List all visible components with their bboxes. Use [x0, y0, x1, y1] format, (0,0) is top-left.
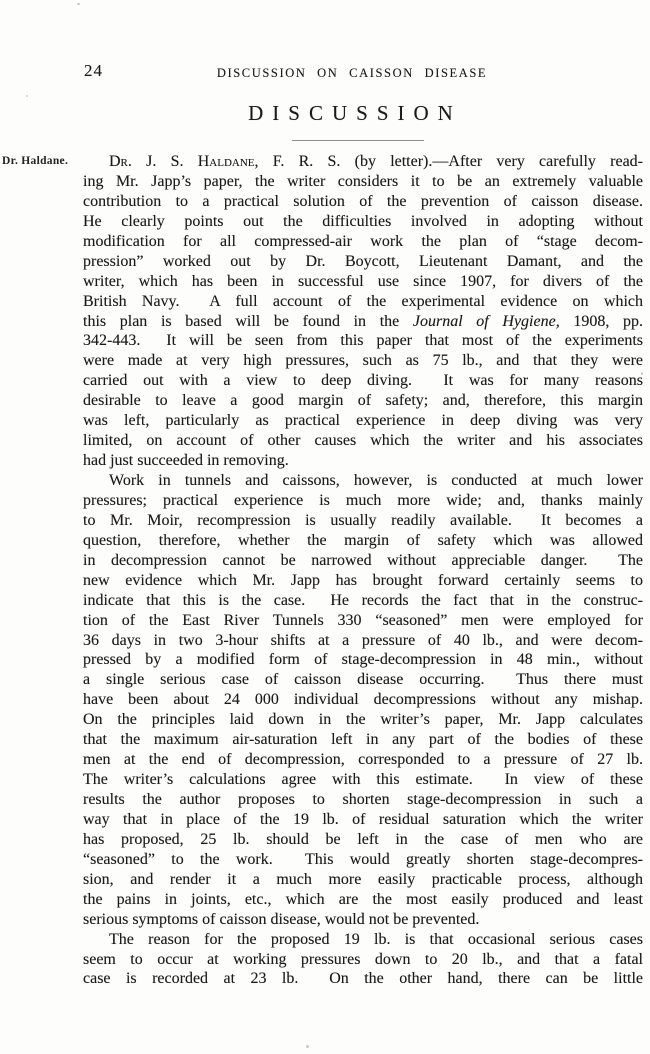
text-line: new evidence which Mr. Japp has brought …: [83, 571, 643, 591]
running-head: DISCUSSION ON CAISSON DISEASE: [112, 66, 592, 81]
text-line: serious symptoms of caisson disease, wou…: [83, 910, 643, 930]
text-line: a single serious case of caisson disease…: [83, 670, 643, 690]
text-line: the pains in joints, etc., which are the…: [83, 890, 643, 910]
text-line: have been about 24 000 individual decomp…: [83, 690, 643, 710]
text-line: tion of the East River Tunnels 330 “seas…: [83, 611, 643, 631]
text-line: this plan is based will be found in the …: [83, 312, 643, 332]
body-text: Dr. J. S. Haldane, F. R. S. (by letter).…: [83, 152, 643, 989]
text-line: 36 days in two 3-hour shifts at a pressu…: [83, 631, 643, 651]
text-line: On the principles laid down in the write…: [83, 710, 643, 730]
text-line: limited, on account of other causes whic…: [83, 431, 643, 451]
scan-speck: [26, 95, 28, 97]
section-heading: DISCUSSION: [105, 101, 605, 126]
text-line: carried out with a view to deep diving. …: [83, 371, 643, 391]
text-line: had just succeeded in removing.: [83, 451, 643, 471]
paragraph: The reason for the proposed 19 lb. is th…: [83, 930, 643, 990]
text-line: writer, which has been in successful use…: [83, 272, 643, 292]
text-line: has proposed, 25 lb. should be left in t…: [83, 830, 643, 850]
paragraph: Work in tunnels and caissons, however, i…: [83, 471, 643, 930]
text-line: case is recorded at 23 lb. On the other …: [83, 969, 643, 989]
text-line: pressures; practical experience is much …: [83, 491, 643, 511]
text-line: “seasoned” to the work. This would great…: [83, 850, 643, 870]
text-line: indicate that this is the case. He recor…: [83, 591, 643, 611]
text-line: Dr. J. S. Haldane, F. R. S. (by letter).…: [83, 152, 643, 172]
text-line: men at the end of decompression, corresp…: [83, 750, 643, 770]
heading-rule: [292, 140, 424, 141]
text-line: The writer’s calculations agree with thi…: [83, 770, 643, 790]
text-line: desirable to leave a good margin of safe…: [83, 391, 643, 411]
scan-speck: [306, 1045, 309, 1048]
text-line: modification for all compressed-air work…: [83, 232, 643, 252]
text-line: results the author proposes to shorten s…: [83, 790, 643, 810]
text-line: to Mr. Moir, recompression is usually re…: [83, 511, 643, 531]
text-line: 342-443. It will be seen from this paper…: [83, 331, 643, 351]
text-line: that the maximum air-saturation left in …: [83, 730, 643, 750]
text-line: way that in place of the 19 lb. of resid…: [83, 810, 643, 830]
page-number: 24: [84, 61, 103, 81]
paragraph: Dr. J. S. Haldane, F. R. S. (by letter).…: [83, 152, 643, 471]
margin-note: Dr. Haldane.: [2, 155, 82, 167]
scanned-page: 24 DISCUSSION ON CAISSON DISEASE DISCUSS…: [0, 0, 650, 1054]
text-line: were made at very high pressures, such a…: [83, 351, 643, 371]
text-line: pression” worked out by Dr. Boycott, Lie…: [83, 252, 643, 272]
text-line: seem to occur at working pressures down …: [83, 950, 643, 970]
text-line: He clearly points out the difficulties i…: [83, 212, 643, 232]
text-line: pressed by a modified form of stage-deco…: [83, 650, 643, 670]
text-line: sion, and render it a much more easily p…: [83, 870, 643, 890]
text-line: was left, particularly as practical expe…: [83, 411, 643, 431]
text-line: question, therefore, whether the margin …: [83, 531, 643, 551]
text-line: The reason for the proposed 19 lb. is th…: [83, 930, 643, 950]
text-line: ing Mr. Japp’s paper, the writer conside…: [83, 172, 643, 192]
text-line: British Navy. A full account of the expe…: [83, 292, 643, 312]
text-line: Work in tunnels and caissons, however, i…: [83, 471, 643, 491]
text-line: in decompression cannot be narrowed with…: [83, 551, 643, 571]
text-line: contribution to a practical solution of …: [83, 192, 643, 212]
scan-speck: [77, 3, 80, 5]
